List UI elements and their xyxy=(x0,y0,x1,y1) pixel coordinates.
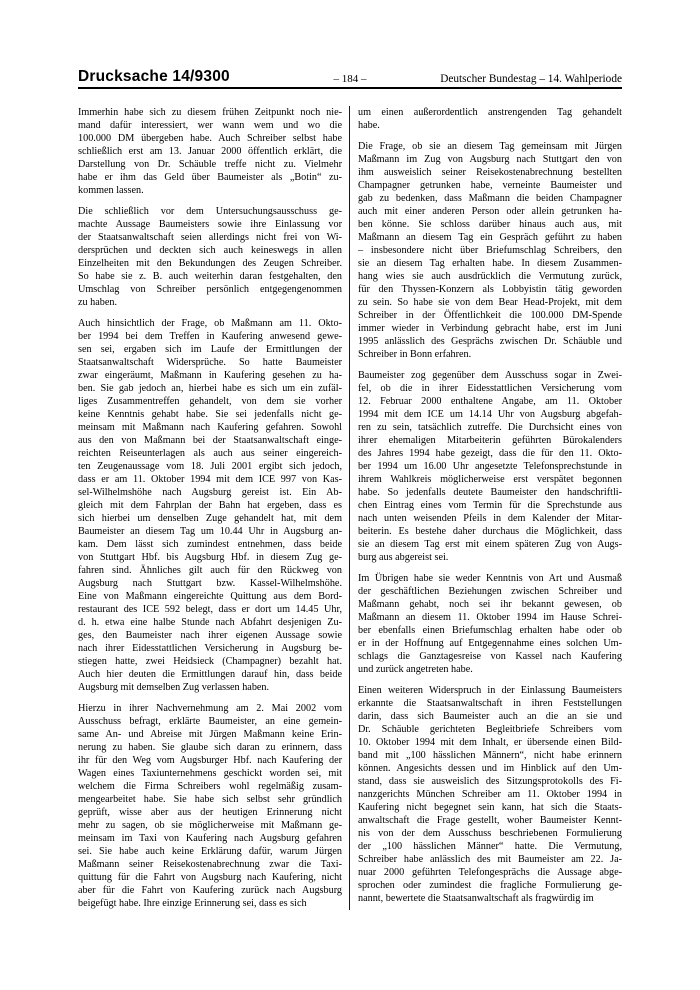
text-line: beigefügt habe. Ihre einzige Erinnerung … xyxy=(78,897,342,910)
text-line: sie an diesem Tag erst mit einem spätere… xyxy=(358,538,622,551)
text-line: können. Angesichts dessen und im Hinblic… xyxy=(358,762,622,775)
text-line: dass er am 11. Oktober 1994 mit dem ICE … xyxy=(78,473,342,486)
text-line: ihr für den Weg vom Augsburger Hbf. nach… xyxy=(78,754,342,767)
text-line: Darstellung von Dr. Schäuble treffe nich… xyxy=(78,158,342,171)
text-line: immer wieder in Verbindung gebracht habe… xyxy=(358,322,622,335)
paragraph: Die schließlich vor dem Untersuchungsaus… xyxy=(78,205,342,309)
text-line: sich hierbei um denselben Zuge gehandelt… xyxy=(78,512,342,525)
text-line: ten Zeugenaussage vom 18. Juli 2001 ergi… xyxy=(78,460,342,473)
text-line: Augsburg mit demselben Zug verlassen hab… xyxy=(78,681,342,694)
text-line: Die Frage, ob sie an diesem Tag gemeinsa… xyxy=(358,140,622,153)
text-line: d. h. etwa eine halbe Stunde nach Abfahr… xyxy=(78,616,342,629)
text-line: sei. Sie habe auch keine Erklärung dafür… xyxy=(78,845,342,858)
text-line: Maßmann im Zug von Augsburg nach Stuttga… xyxy=(358,153,622,166)
left-column: Immerhin habe sich zu diesem frühen Zeit… xyxy=(78,106,342,910)
text-line: Champagner getrunken habe, verneinte Bau… xyxy=(358,179,622,192)
paragraph: Auch hinsichtlich der Frage, ob Maßmann … xyxy=(78,317,342,694)
text-line: zwar eingeräumt, Maßmann in Kaufering ge… xyxy=(78,369,342,382)
text-line: mand dafür interessiert, wer wann wem un… xyxy=(78,119,342,132)
text-line: fahren sind. Ähnliches gilt auch für den… xyxy=(78,564,342,577)
text-line: sen sei, ergaben sich im Laufe der Ermit… xyxy=(78,343,342,356)
text-line: ber 1994 um 16.00 Uhr angesetzte Telefon… xyxy=(358,460,622,473)
text-line: Maßmann gehabt, noch sei ihr bekannt gew… xyxy=(358,598,622,611)
text-line: Eine von Maßmann eingereichte Quittung a… xyxy=(78,590,342,603)
text-line: ben könne. Sie schloss darüber hinaus au… xyxy=(358,218,622,231)
text-line: fel, ob die in ihrer Eidesstattlichen Ve… xyxy=(358,382,622,395)
text-line: chen Eintrag eines vom Termin für die Sp… xyxy=(358,499,622,512)
text-line: zu haben. xyxy=(78,296,342,309)
text-line: dersprüchen und deckten sich auch keines… xyxy=(78,244,342,257)
text-line: Maßmann seiner Reisekostenabrechnung zwa… xyxy=(78,858,342,871)
text-line: um einen außerordentlich anstrengenden T… xyxy=(358,106,622,119)
text-line: schlags die Ganztagesreise von Kassel na… xyxy=(358,650,622,663)
text-line: habe. So jedenfalls deutete Baumeister d… xyxy=(358,486,622,499)
text-line: 10. Oktober 1994 mit dem Inhalt, er über… xyxy=(358,736,622,749)
text-line: keine Kenntnis gehabt habe. Sie sei jede… xyxy=(78,408,342,421)
text-line: Ausschuss befragt, erklärte Baumeister, … xyxy=(78,715,342,728)
text-line: für den Thyssen-Konzern als Lobbyistin t… xyxy=(358,283,622,296)
text-line: Schreiber habe anlässlich des mit Baumei… xyxy=(358,853,622,866)
text-line: Umschlag von Schreiber persönlich entgeg… xyxy=(78,283,342,296)
text-line: Schreiber in Bonn erfahren. xyxy=(358,348,622,361)
text-line: aus den von Maßmann bei der Staatsanwalt… xyxy=(78,434,342,447)
text-line: Baumeister an diesem Tag um 10.44 Uhr in… xyxy=(78,525,342,538)
paragraph: Immerhin habe sich zu diesem frühen Zeit… xyxy=(78,106,342,197)
text-line: er in der Hoffnung auf Entgegennahme ein… xyxy=(358,637,622,650)
text-line: sprochen oder zumindest die fragliche Fo… xyxy=(358,879,622,892)
text-line: quittung für die Fahrt von Augsburg nach… xyxy=(78,871,342,884)
text-line: nis von der dem Ausschuss beschriebenen … xyxy=(358,827,622,840)
text-line: anwaltschaft die Frage gestellt, woher B… xyxy=(358,814,622,827)
text-line: sie an diesem Tag erhalten habe. In dies… xyxy=(358,257,622,270)
text-line: zu sein. So habe sie von dem Bear Head-P… xyxy=(358,296,622,309)
text-line: So habe sie z. B. auch weiterhin daran f… xyxy=(78,270,342,283)
text-line: von Stuttgart Hbf. bis Augsburg Hbf. in … xyxy=(78,551,342,564)
text-line: ihm ausweislich seiner Reisekostenabrech… xyxy=(358,166,622,179)
text-line: geprüft, wisse aber aus der heutigen Eri… xyxy=(78,806,342,819)
text-line: Dr. Schäuble gerichteten Begleitbriefe S… xyxy=(358,723,622,736)
paragraph: Hierzu in ihrer Nachvernehmung am 2. Mai… xyxy=(78,702,342,910)
text-line: kam. Dem lässt sich zumindest entnehmen,… xyxy=(78,538,342,551)
text-line: kommen lassen. xyxy=(78,184,342,197)
text-line: restaurant des ICE 592 belegt, dass er d… xyxy=(78,603,342,616)
text-line: Wagen eines Taxiunternehmens geschickt w… xyxy=(78,767,342,780)
paragraph: um einen außerordentlich anstrengenden T… xyxy=(358,106,622,132)
text-body: Immerhin habe sich zu diesem frühen Zeit… xyxy=(78,106,622,910)
page-header: Drucksache 14/9300 – 184 – Deutscher Bun… xyxy=(78,66,622,86)
parliament-label: Deutscher Bundestag – 14. Wahlperiode xyxy=(440,73,622,85)
text-line: Schreiber in der Öffentlichkeit die 100.… xyxy=(358,309,622,322)
text-line: ben. Sie gab jedoch an, hierbei habe es … xyxy=(78,382,342,395)
text-line: Maßmann an diesem Tag ein Gespräch gefüh… xyxy=(358,231,622,244)
text-line: habe. xyxy=(358,119,622,132)
text-line: schließlich erst am 13. Januar 2000 öffe… xyxy=(78,145,342,158)
text-line: auch mit einer anderen Person oder allei… xyxy=(358,205,622,218)
text-line: nerung zu haben. Sie glaube sich daran z… xyxy=(78,741,342,754)
paragraph: Im Übrigen habe sie weder Kenntnis von A… xyxy=(358,572,622,676)
text-line: meinsam im Taxi von Kaufering nach Augsb… xyxy=(78,832,342,845)
text-line: Augsburg nach Stuttgart bzw. Kassel-Wilh… xyxy=(78,577,342,590)
document-page: Drucksache 14/9300 – 184 – Deutscher Bun… xyxy=(0,0,700,990)
text-line: der „100 hässlichen Männer“ hatte. Die V… xyxy=(358,840,622,853)
text-line: Auch hinsichtlich der Frage, ob Maßmann … xyxy=(78,317,342,330)
text-line: gleich mit dem Fahrplan der Bahn hat erg… xyxy=(78,499,342,512)
text-line: Die schließlich vor dem Untersuchungsaus… xyxy=(78,205,342,218)
text-line: 12. Februar 2000 enthaltene Angabe, am 1… xyxy=(358,395,622,408)
text-line: Maßmann an diesem 11. Oktober 1994 im Ha… xyxy=(358,611,622,624)
text-line: des Jahres 1994 habe gezeigt, dass die f… xyxy=(358,447,622,460)
text-line: nuar 2000 geführten Telefongesprächs die… xyxy=(358,866,622,879)
text-line: same An- und Abreise mit Jürgen Maßmann … xyxy=(78,728,342,741)
text-line: stand, dass sie ausweislich des Sitzungs… xyxy=(358,775,622,788)
text-line: ber ebenfalls einen Briefumschlag erhalt… xyxy=(358,624,622,637)
paragraph: Einen weiteren Widerspruch in der Einlas… xyxy=(358,684,622,905)
text-line: Im Übrigen habe sie weder Kenntnis von A… xyxy=(358,572,622,585)
text-line: aber für die Fahrt von Kaufering zurück … xyxy=(78,884,342,897)
text-line: habe er ihm das Geld über Baumeister als… xyxy=(78,171,342,184)
text-line: Immerhin habe sich zu diesem frühen Zeit… xyxy=(78,106,342,119)
text-line: ren zu sein, tatsächlich zutreffe. Die D… xyxy=(358,421,622,434)
text-line: Einen weiteren Widerspruch in der Einlas… xyxy=(358,684,622,697)
text-line: nanzgerichts München Schreiber am 11. Ok… xyxy=(358,788,622,801)
text-line: beiterin. Es bestehe daher durchaus die … xyxy=(358,525,622,538)
text-line: und zurück angetreten habe. xyxy=(358,663,622,676)
text-line: hang wies sie auch ausdrücklich die Verm… xyxy=(358,270,622,283)
text-line: nach unten weisenden Pfeils in dem Kalen… xyxy=(358,512,622,525)
paragraph: Baumeister zog gegenüber dem Ausschuss s… xyxy=(358,369,622,564)
text-line: erkannte die Staatsanwaltschaft in ihren… xyxy=(358,697,622,710)
text-line: Kaufering nicht begegnet sein kann, hat … xyxy=(358,801,622,814)
text-line: mehr zu sagen, ob sie möglicherweise mit… xyxy=(78,819,342,832)
text-line: 1994 mit dem ICE um 14.14 Uhr von Augsbu… xyxy=(358,408,622,421)
text-line: mengearbeitet habe. Sie habe sich selbst… xyxy=(78,793,342,806)
text-line: ges, den Baumeister nach ihrer eigenen A… xyxy=(78,629,342,642)
right-column: um einen außerordentlich anstrengenden T… xyxy=(358,106,622,910)
text-line: sel-Wilhelmshöhe nach Augsburg gereist i… xyxy=(78,486,342,499)
text-line: – insbesondere nicht über Briefumschlag … xyxy=(358,244,622,257)
text-line: nach ihrer Eidesstattlichen Versicherung… xyxy=(78,642,342,655)
text-line: ihrer ehemaligen Mitarbeiterin geführten… xyxy=(358,434,622,447)
text-line: burg aus abgereist sei. xyxy=(358,551,622,564)
text-line: machte Aussage Baumeisters sowie ihre Ei… xyxy=(78,218,342,231)
column-divider xyxy=(349,106,350,910)
text-line: reichten Reiseunterlagen als auch aus se… xyxy=(78,447,342,460)
text-line: Staatsanwaltschaft Widersprüche. So hatt… xyxy=(78,356,342,369)
header-rule xyxy=(78,87,622,89)
text-line: Einzelheiten mit den Bekundungen des Zeu… xyxy=(78,257,342,270)
text-line: ber 1994 bei dem Treffen in Kaufering an… xyxy=(78,330,342,343)
text-line: Hierzu in ihrer Nachvernehmung am 2. Mai… xyxy=(78,702,342,715)
text-line: der Staatsanwaltschaft seien allerdings … xyxy=(78,231,342,244)
text-line: 100.000 DM übergeben habe. Auch Schreibe… xyxy=(78,132,342,145)
text-line: band mit „100 hässlichen Männern“, nicht… xyxy=(358,749,622,762)
text-line: darin, dass sich Baumeister auch an die … xyxy=(358,710,622,723)
text-line: nannt, bewertete die Staatsanwaltschaft … xyxy=(358,892,622,905)
text-line: Baumeister zog gegenüber dem Ausschuss s… xyxy=(358,369,622,382)
text-line: stiegen hatte, zwei Heidsieck (Champagne… xyxy=(78,655,342,668)
text-line: der geschäftlichen Beziehungen zwischen … xyxy=(358,585,622,598)
text-line: 1995 anlässlich des Gesprächs zwischen D… xyxy=(358,335,622,348)
text-line: Auch hier deuten die Ermittlungen darauf… xyxy=(78,668,342,681)
text-line: welchem die Firma Schreibers wohl regelm… xyxy=(78,780,342,793)
text-line: ihrem Wahlkreis möglicherweise erst vers… xyxy=(358,473,622,486)
text-line: meinsam mit Maßmann nach Kaufering gefah… xyxy=(78,421,342,434)
text-line: liges Zusammentreffen gehandelt, von dem… xyxy=(78,395,342,408)
paragraph: Die Frage, ob sie an diesem Tag gemeinsa… xyxy=(358,140,622,361)
text-line: gab zu bedenken, dass Maßmann die beiden… xyxy=(358,192,622,205)
